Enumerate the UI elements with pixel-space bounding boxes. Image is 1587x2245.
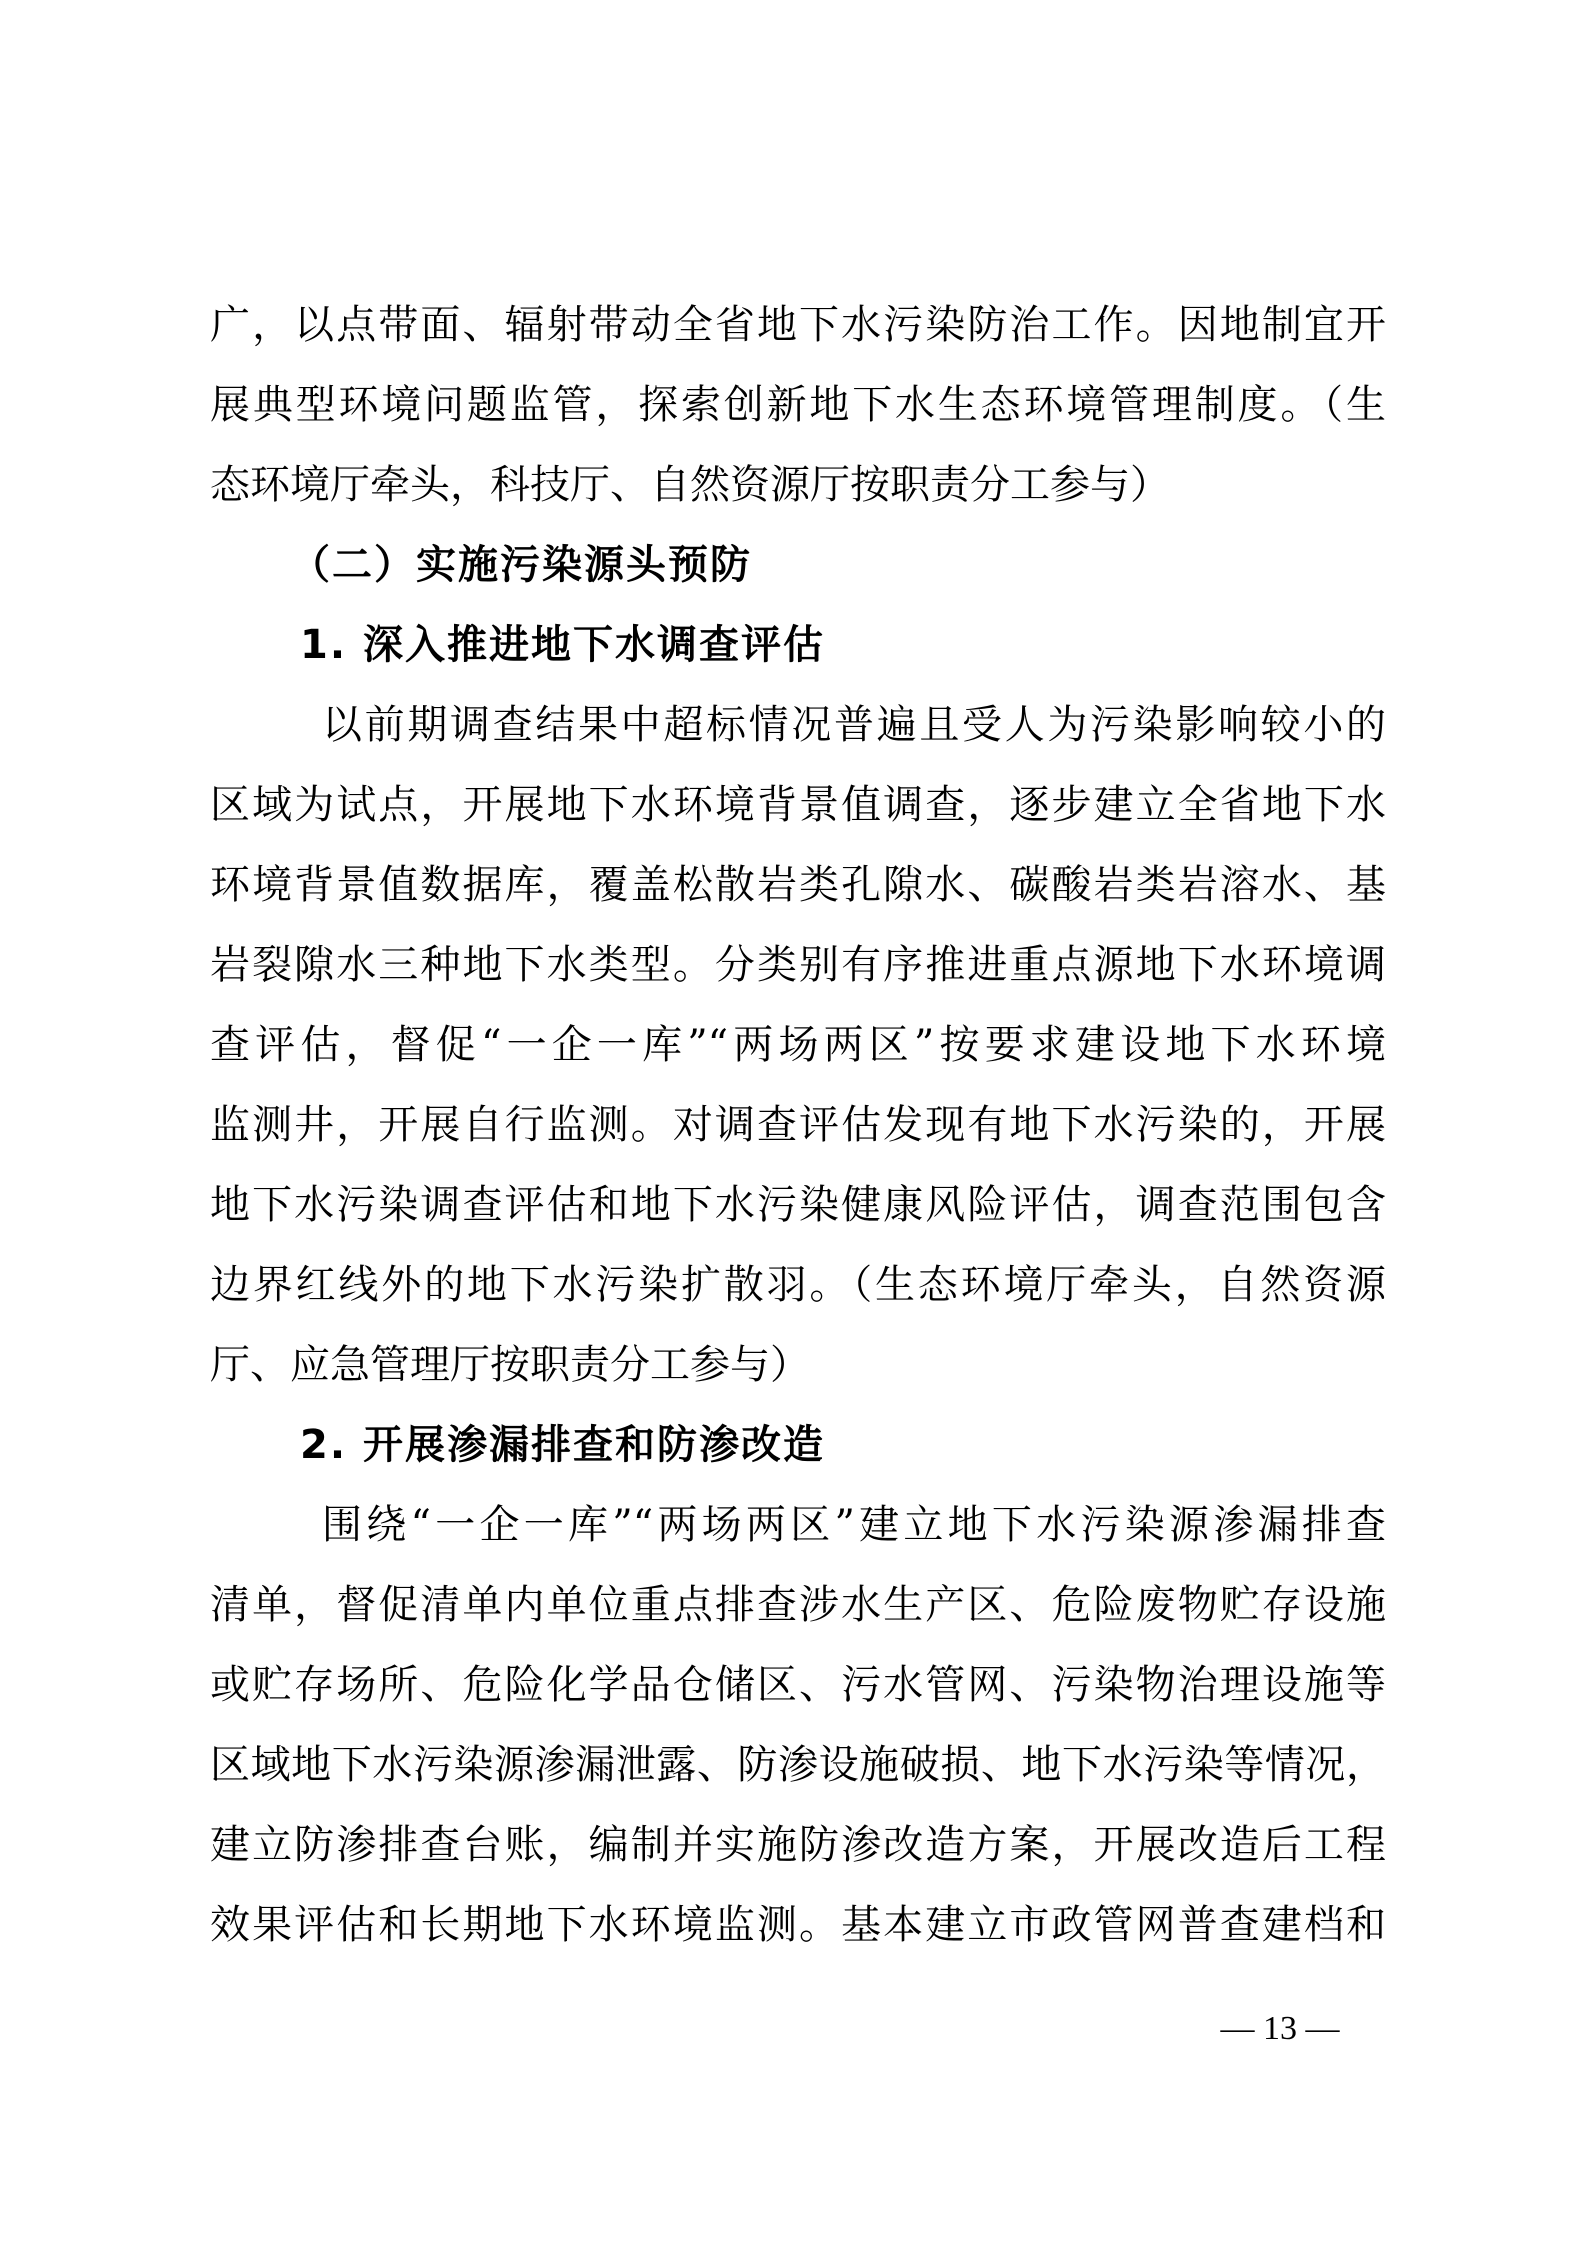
paragraph-line: 岩裂隙水三种地下水类型。分类别有序推进重点源地下水环境调	[210, 937, 1386, 993]
subsection-heading-1: 1. 深入推进地下水调查评估	[300, 617, 825, 673]
subsection-heading-2: 2. 开展渗漏排查和防渗改造	[300, 1417, 825, 1473]
paragraph-line: 以前期调查结果中超标情况普遍且受人为污染影响较小的	[210, 697, 1386, 753]
paragraph-line: 清单，督促清单内单位重点排查涉水生产区、危险废物贮存设施	[210, 1577, 1386, 1633]
paragraph-line: 查评估，督促“一企一库”“两场两区”按要求建设地下水环境	[210, 1017, 1386, 1073]
paragraph-line: 效果评估和长期地下水环境监测。基本建立市政管网普查建档和	[210, 1897, 1386, 1953]
paragraph-line: 区域地下水污染源渗漏泄露、防渗设施破损、地下水污染等情况，	[210, 1737, 1386, 1793]
page-number: — 13 —	[1200, 2005, 1360, 2053]
paragraph-line: 环境背景值数据库，覆盖松散岩类孔隙水、碳酸岩类岩溶水、基	[210, 857, 1386, 913]
paragraph-line: 围绕“一企一库”“两场两区”建立地下水污染源渗漏排查	[210, 1497, 1386, 1553]
paragraph-line: 广，以点带面、辐射带动全省地下水污染防治工作。因地制宜开	[210, 297, 1386, 353]
paragraph-line: 展典型环境问题监管，探索创新地下水生态环境管理制度。（生	[210, 377, 1386, 433]
paragraph-line: 建立防渗排查台账，编制并实施防渗改造方案，开展改造后工程	[210, 1817, 1386, 1873]
paragraph-line: 地下水污染调查评估和地下水污染健康风险评估，调查范围包含	[210, 1177, 1386, 1233]
section-heading: （二）实施污染源头预防	[290, 537, 752, 593]
paragraph-line: 或贮存场所、危险化学品仓储区、污水管网、污染物治理设施等	[210, 1657, 1386, 1713]
paragraph-line: 监测井，开展自行监测。对调查评估发现有地下水污染的，开展	[210, 1097, 1386, 1153]
paragraph-line: 态环境厅牵头，科技厅、自然资源厅按职责分工参与）	[210, 457, 1386, 513]
paragraph-line: 区域为试点，开展地下水环境背景值调查，逐步建立全省地下水	[210, 777, 1386, 833]
paragraph-line: 厅、应急管理厅按职责分工参与）	[210, 1337, 1386, 1393]
paragraph-line: 边界红线外的地下水污染扩散羽。（生态环境厅牵头，自然资源	[210, 1257, 1386, 1313]
